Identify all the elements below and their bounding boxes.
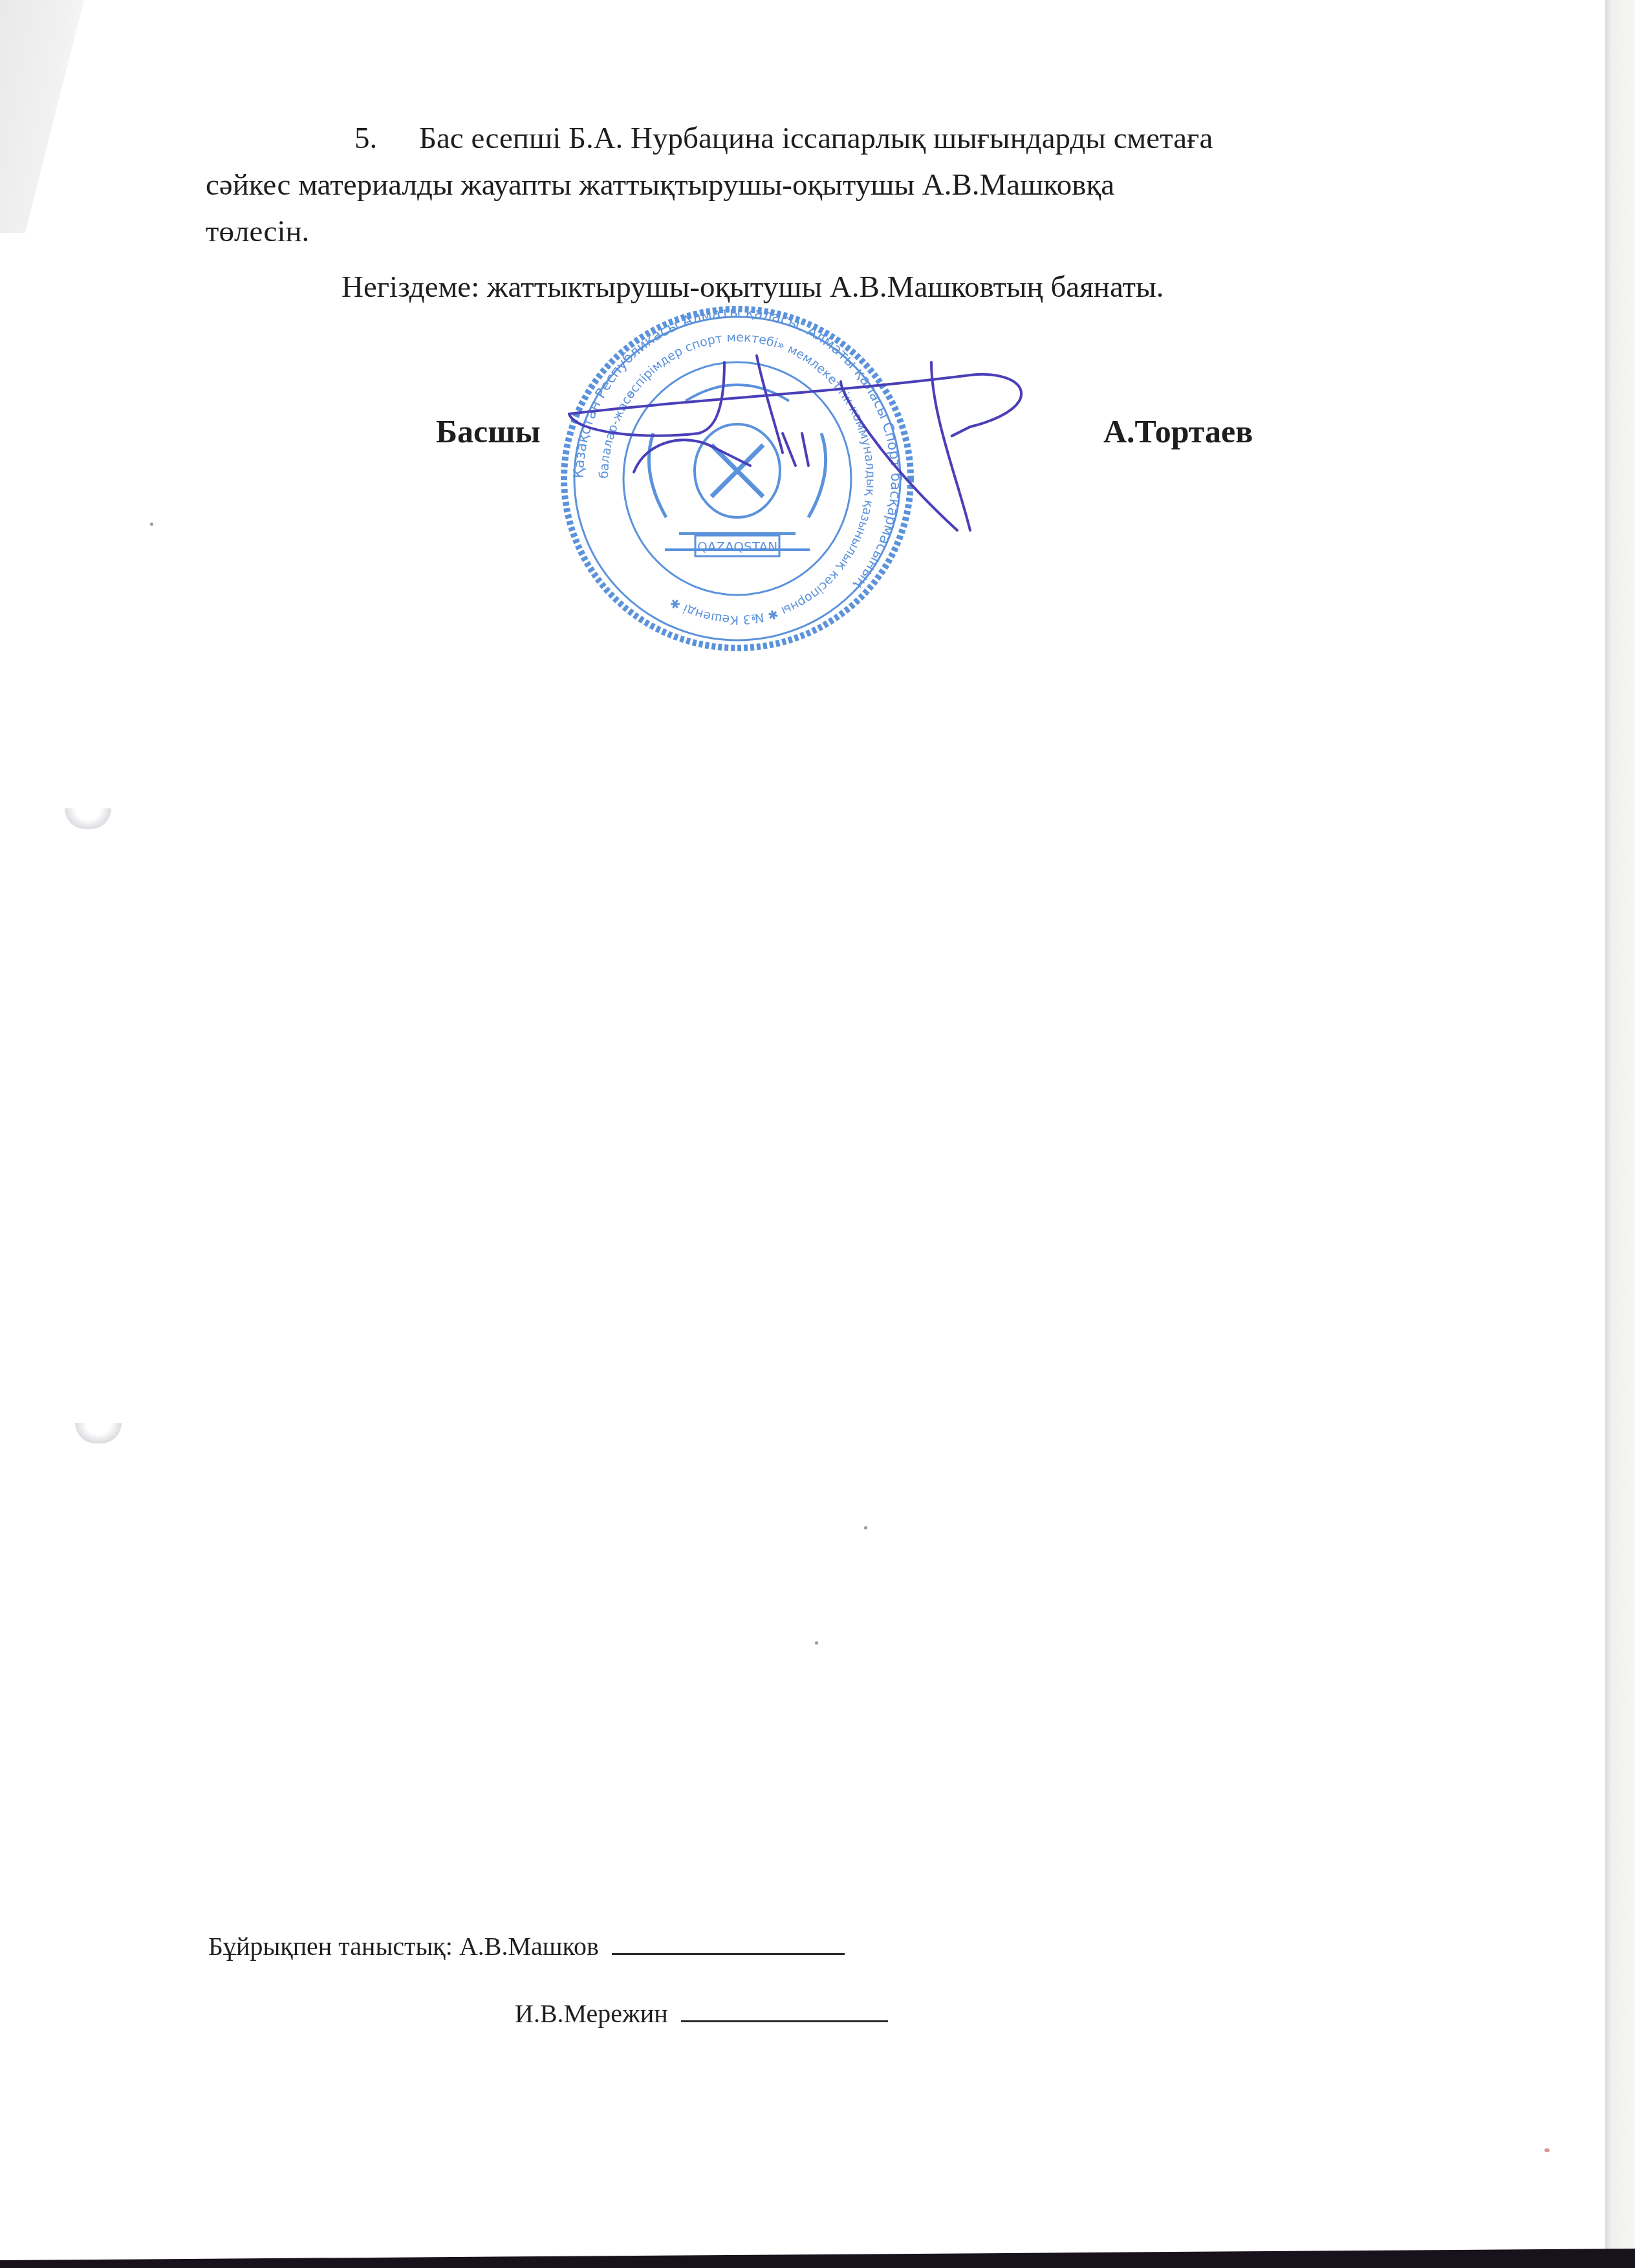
acknowledgement-line-1: Бұйрықпен таныстық: А.В.Машков <box>208 1931 845 1962</box>
acknowledgement-line-2: И.В.Мережин <box>515 1998 888 2029</box>
scan-speck <box>864 1526 867 1529</box>
scan-bottom-edge <box>0 2249 1635 2268</box>
signatory-name: А.Тортаев <box>1103 413 1253 450</box>
scan-right-edge <box>1605 0 1635 2251</box>
order-item-line-1: 5.Бас есепші Б.А. Нурбацина іссапарлық ш… <box>354 115 1213 162</box>
scan-speck <box>1544 2148 1550 2152</box>
punch-hole-icon <box>75 1423 122 1443</box>
signature-line-2 <box>681 2020 888 2022</box>
order-item-number: 5. <box>354 115 419 162</box>
scan-speck <box>150 523 153 526</box>
signature-line-1 <box>612 1953 845 1955</box>
order-item-text-1: Бас есепші Б.А. Нурбацина іссапарлық шығ… <box>419 122 1213 155</box>
scan-speck <box>815 1641 818 1645</box>
document-page: 5.Бас есепші Б.А. Нурбацина іссапарлық ш… <box>0 0 1635 2268</box>
acknowledgement-person-2: И.В.Мережин <box>515 1999 668 2028</box>
scan-fold-shadow <box>0 0 84 233</box>
acknowledgement-label: Бұйрықпен таныстық: <box>208 1932 453 1961</box>
order-item-line-3: төлесін. <box>206 208 309 255</box>
acknowledgement-person-1: А.В.Машков <box>459 1932 599 1961</box>
punch-hole-icon <box>65 808 111 829</box>
handwritten-signature-icon <box>479 336 1061 556</box>
order-item-line-2: сәйкес материалды жауапты жаттықтырушы-о… <box>206 162 1114 208</box>
